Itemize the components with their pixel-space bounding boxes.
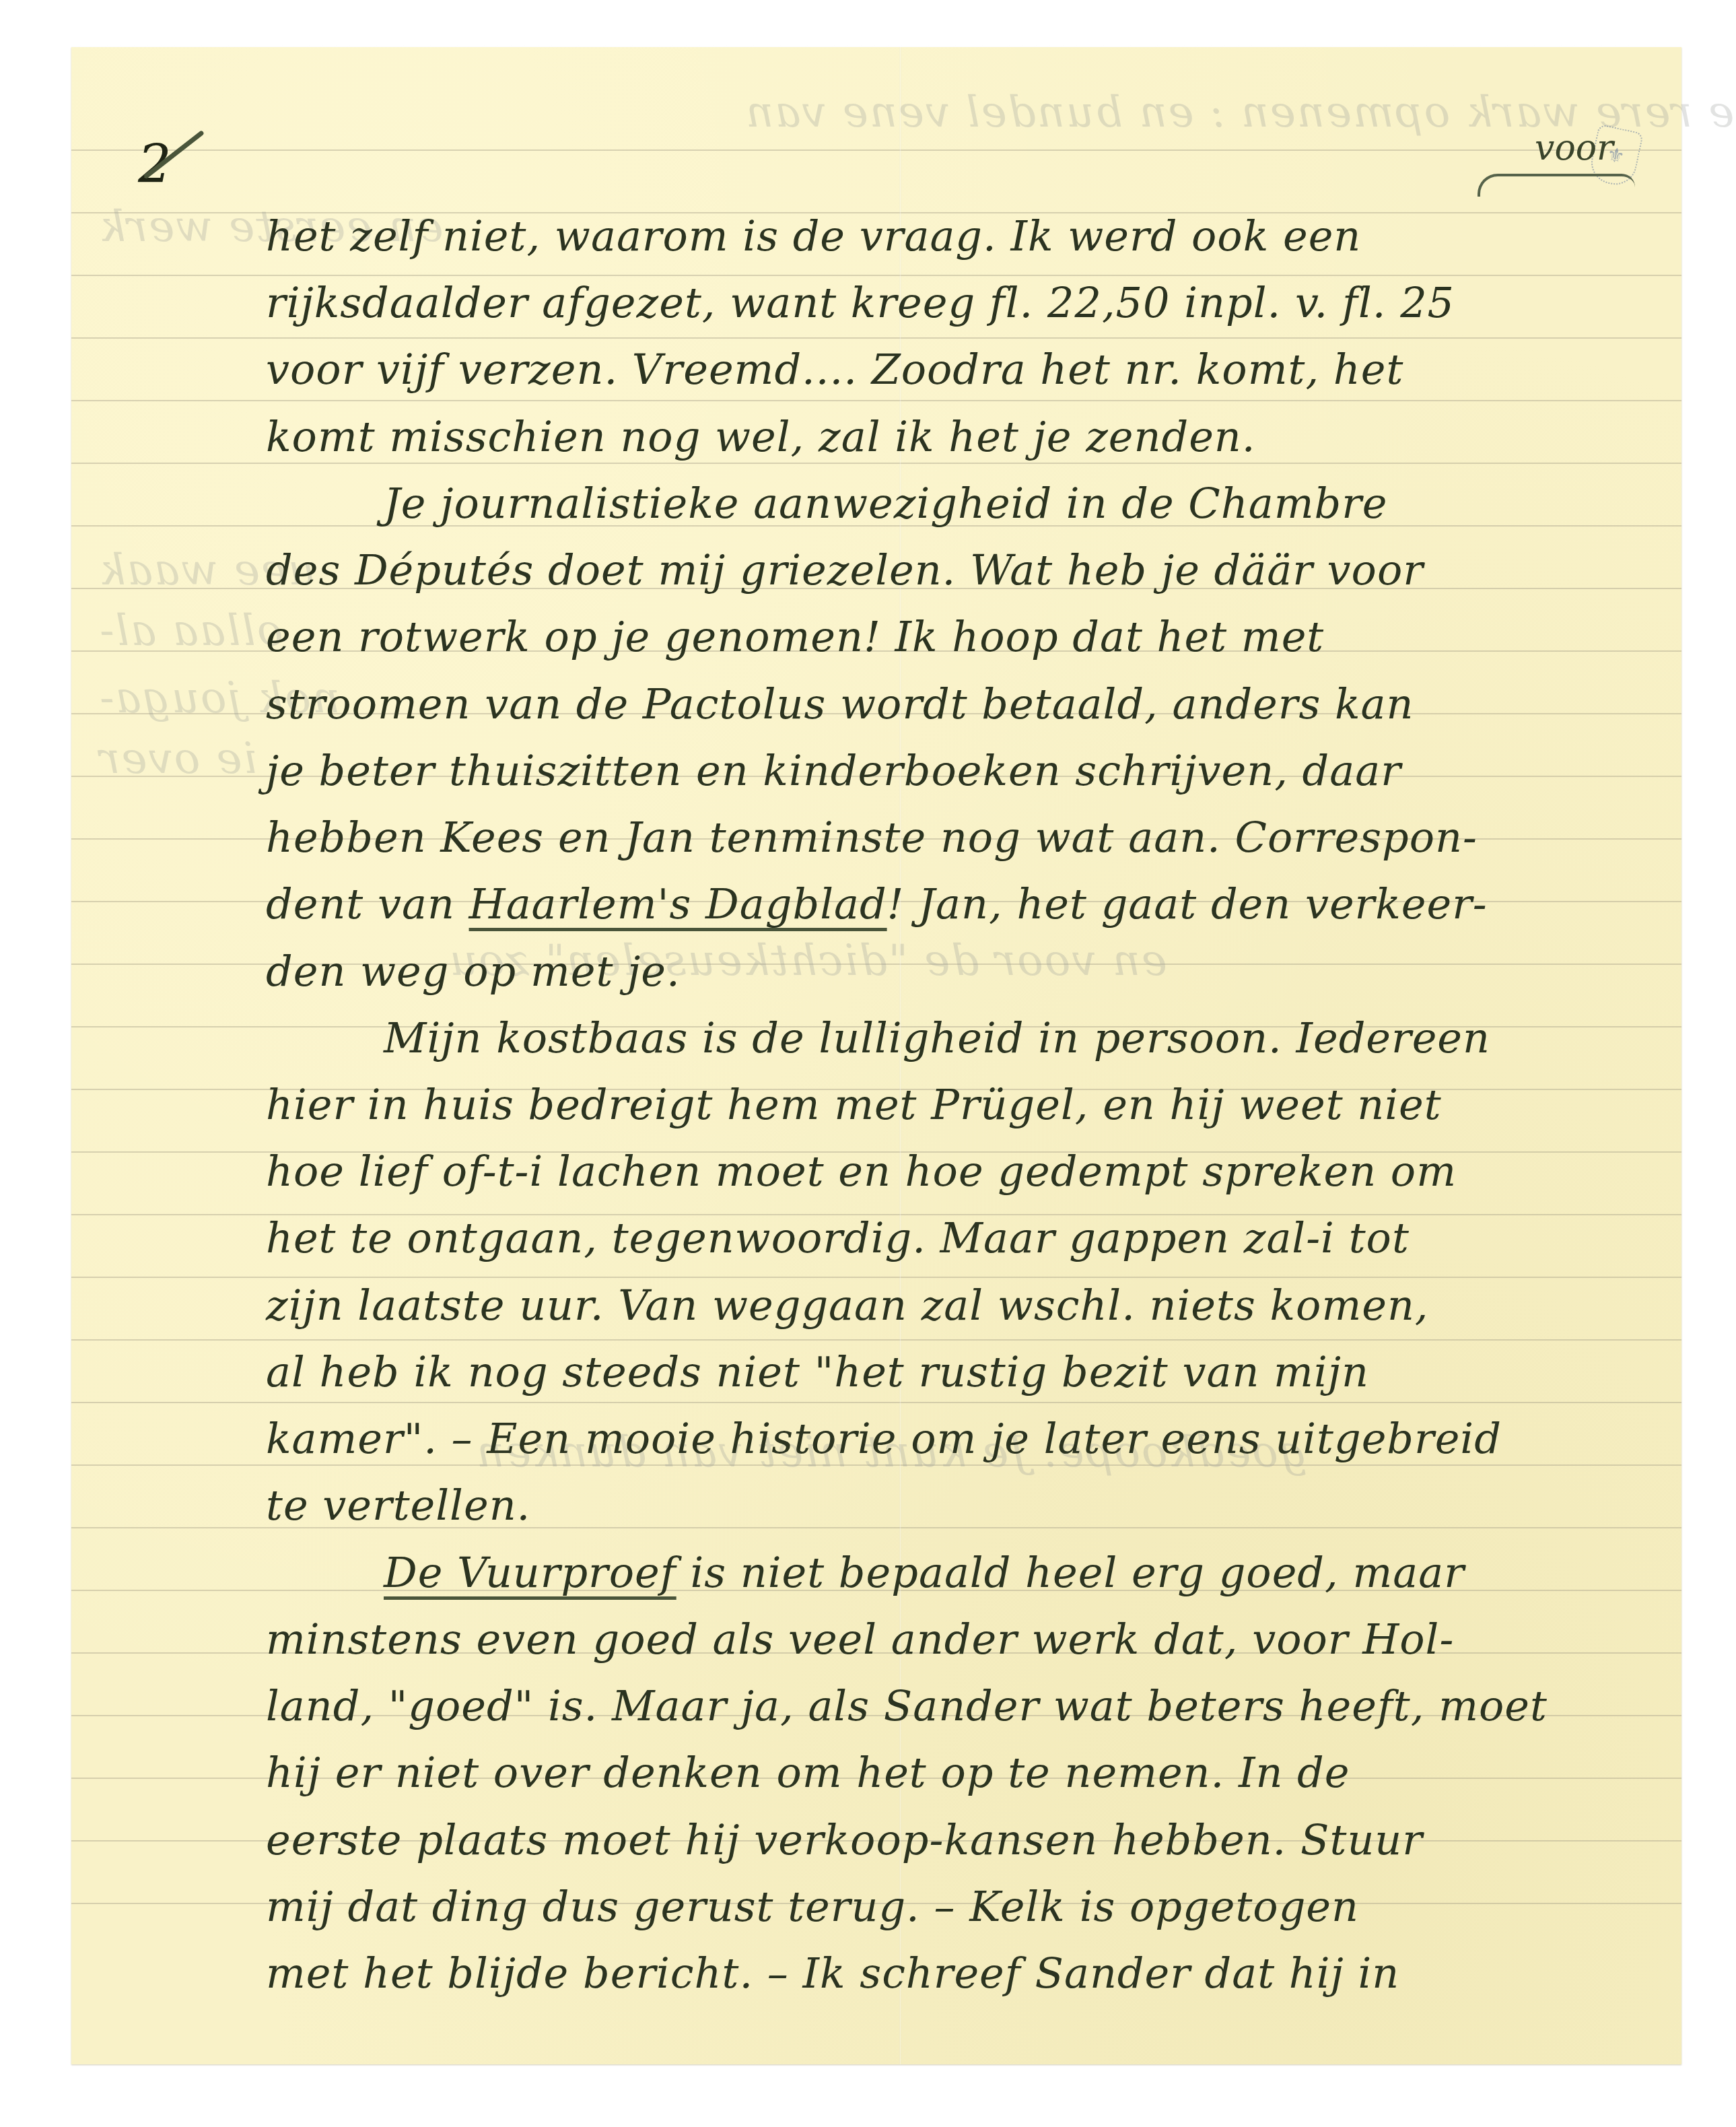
perforated-edge bbox=[71, 42, 1681, 48]
ruled-line bbox=[71, 149, 1681, 151]
page-number: 2 bbox=[138, 135, 172, 195]
text-line: voor vijf verzen. Vreemd.... Zoodra het … bbox=[266, 349, 1403, 391]
text-line: met het blijde bericht. – Ik schreef San… bbox=[266, 1953, 1399, 1994]
text-line: het te ontgaan, tegenwoordig. Maar gappe… bbox=[266, 1217, 1410, 1259]
underlined-title: De Vuurproef bbox=[384, 1548, 676, 1597]
text-line: rijksdaalder afgezet, want kreeg fl. 22,… bbox=[266, 282, 1455, 324]
text-line: den weg op met je. bbox=[266, 951, 681, 992]
text-line: komt misschien nog wel, zal ik het je ze… bbox=[266, 416, 1256, 458]
ruled-line bbox=[71, 337, 1681, 339]
text-line: te vertellen. bbox=[266, 1485, 530, 1526]
text-line: hebben Kees en Jan tenminste nog wat aan… bbox=[266, 817, 1478, 858]
text-line: hij er niet over denken om het op te nem… bbox=[266, 1752, 1350, 1794]
text-line: een rotwerk op je genomen! Ik hoop dat h… bbox=[266, 616, 1324, 658]
ruled-line bbox=[71, 463, 1681, 464]
text-line: minstens even goed als veel ander werk d… bbox=[266, 1619, 1454, 1660]
text-line: al heb ik nog steeds niet "het rustig be… bbox=[266, 1351, 1369, 1393]
ruled-line bbox=[71, 1277, 1681, 1278]
text-line: het zelf niet, waarom is de vraag. Ik we… bbox=[266, 215, 1361, 257]
text-line-content: dent van Haarlem's Dagblad! Jan, het gaa… bbox=[266, 879, 1488, 929]
inserted-word: voor bbox=[1535, 128, 1613, 168]
text-line: zijn laatste uur. Van weggaan zal wschl.… bbox=[266, 1285, 1429, 1326]
bleed-through-text: ie over bbox=[98, 734, 257, 784]
ruled-line bbox=[71, 275, 1681, 276]
text-line: dent van Haarlem's Dagblad! Jan, het gaa… bbox=[266, 883, 1488, 925]
text-line: des Députés doet mij griezelen. Wat heb … bbox=[266, 549, 1424, 591]
ruled-line bbox=[71, 400, 1681, 401]
text-line: eerste plaats moet hij verkoop-kansen he… bbox=[266, 1819, 1423, 1861]
text-line: land, "goed" is. Maar ja, als Sander wat… bbox=[266, 1685, 1548, 1727]
text-line: Mijn kostbaas is de lulligheid in persoo… bbox=[384, 1017, 1490, 1059]
text-line: De Vuurproef is niet bepaald heel erg go… bbox=[384, 1552, 1465, 1594]
text-line: je beter thuiszitten en kinderboeken sch… bbox=[266, 750, 1401, 792]
text-line: hier in huis bedreigt hem met Prügel, en… bbox=[266, 1084, 1442, 1126]
text-line: kamer". – Een mooie historie om je later… bbox=[266, 1418, 1502, 1460]
text-line: mij dat ding dus gerust terug. – Kelk is… bbox=[266, 1886, 1359, 1928]
insertion-mark bbox=[1478, 174, 1635, 197]
text-line: hoe lief of-t-i lachen moet en hoe gedem… bbox=[266, 1151, 1457, 1192]
underlined-title: Haarlem's Dagblad bbox=[469, 879, 887, 929]
ruled-line bbox=[71, 1339, 1681, 1341]
ruled-line bbox=[71, 1402, 1681, 1403]
text-line: Je journalistieke aanwezigheid in de Cha… bbox=[384, 483, 1388, 525]
bleed-through-text: ollaa al- bbox=[98, 606, 283, 656]
text-line: stroomen van de Pactolus wordt betaald, … bbox=[266, 683, 1414, 725]
